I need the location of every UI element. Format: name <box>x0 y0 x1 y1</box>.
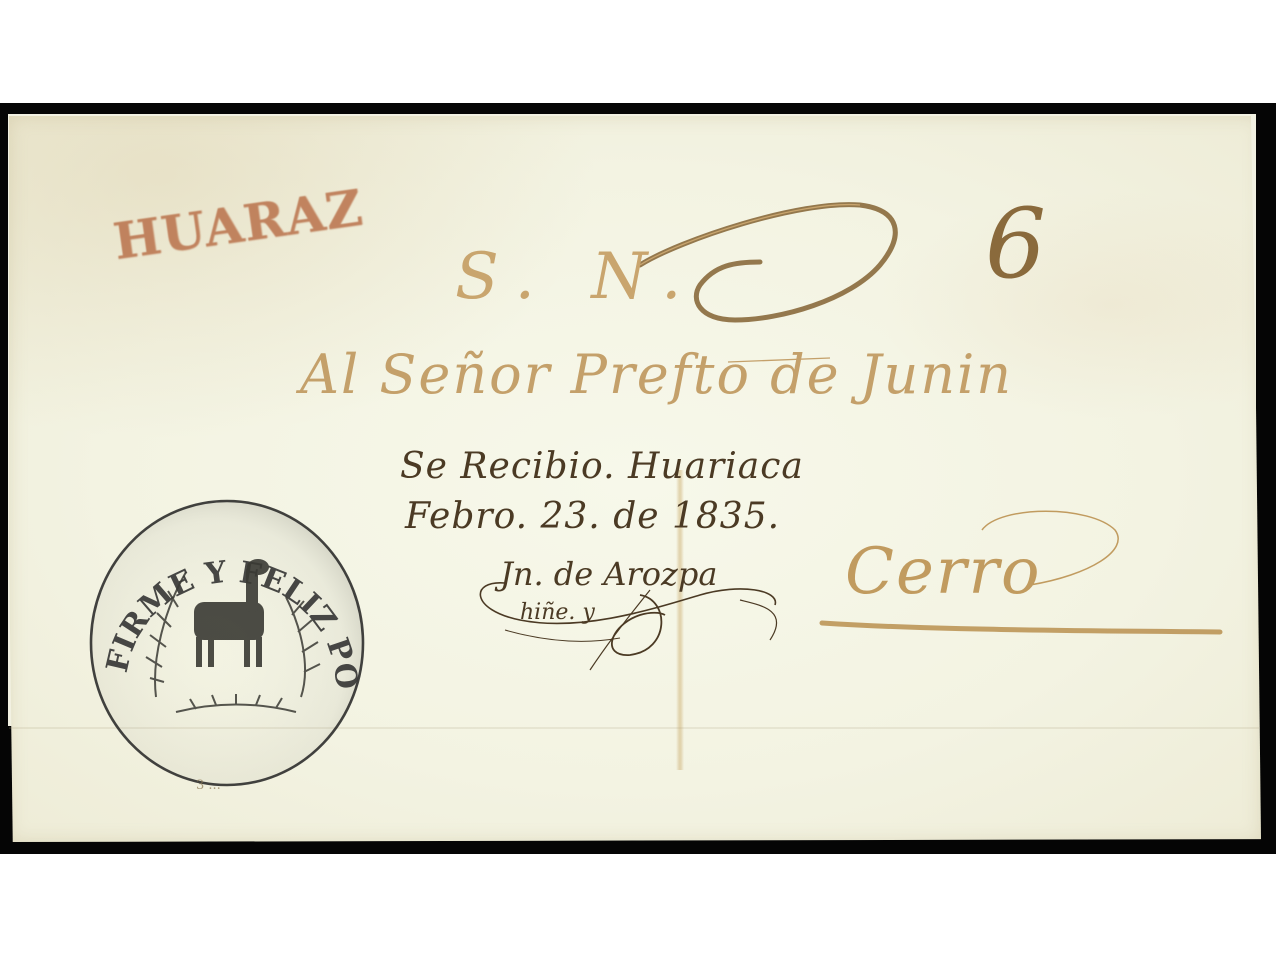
postage-rate-mark: 6 <box>985 188 1046 300</box>
address-prefix: S. N. <box>455 240 700 314</box>
official-seal-stamp: FIRME Y FELIZ POR LAS UNION <box>86 497 368 789</box>
destination-city: Cerro <box>845 535 1042 609</box>
receipt-note-line-2: Febro. 23. de 1835. <box>405 496 780 537</box>
receipt-note-line-1: Se Recibio. Huariaca <box>400 446 804 487</box>
cover-image-stage: HUARAZ S. N. 6 Al Señor Prefto de Junin … <box>0 0 1276 956</box>
receipt-signature-sub: hiñe. y <box>520 600 595 625</box>
recipient-address: Al Señor Prefto de Junin <box>300 343 1013 406</box>
seal-caption: 3 ... <box>196 778 221 793</box>
receipt-signature: Jn. de Arozpa <box>500 555 717 593</box>
